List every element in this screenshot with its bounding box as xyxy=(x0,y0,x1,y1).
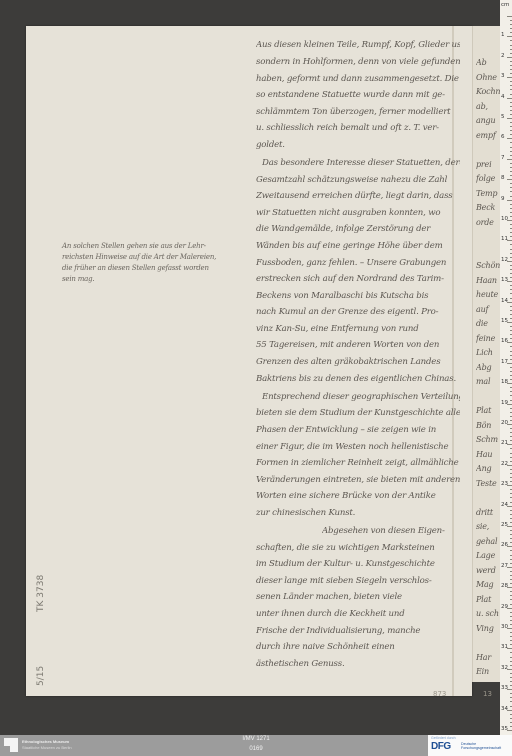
footer-bar: Ethnologisches Museum Staatliche Museen … xyxy=(0,735,512,756)
facing-page-fragment: Kochn xyxy=(476,87,500,96)
facing-page-fragment: u. sch xyxy=(476,609,500,618)
text-line: ästhetischen Genuss. xyxy=(256,659,460,669)
facing-page-fragment: auf xyxy=(476,305,500,314)
facing-page-fragment: dritt xyxy=(476,508,500,517)
text-line: Formen in ziemlicher Reinheit zeigt, all… xyxy=(256,458,460,468)
facing-page-fragment: Lich xyxy=(476,348,500,357)
ruler-tick xyxy=(507,138,512,139)
facing-page-fragment: mal xyxy=(476,377,500,386)
ruler-label: 5 xyxy=(501,114,505,120)
text-line: vinz Kan-Su, eine Entfernung von rund xyxy=(256,324,460,334)
facing-page-fragment: die xyxy=(476,319,500,328)
facing-page-fragment: Hau xyxy=(476,450,500,459)
year-pencil-mark: 5/15 xyxy=(36,666,46,686)
ruler-label: 24 xyxy=(501,502,508,508)
text-line: Fussboden, ganz fehlen. – Unsere Grabung… xyxy=(256,258,460,268)
text-line: die Wandgemälde, infolge Zerstörung der xyxy=(256,224,460,234)
ruler-label: 31 xyxy=(501,644,508,650)
text-line: Entsprechend dieser geographischen Verte… xyxy=(262,392,460,402)
text-line: so entstandene Statuette wurde dann mit … xyxy=(256,90,460,100)
ruler-label: 16 xyxy=(501,338,508,344)
ruler-label: 2 xyxy=(501,53,505,59)
ruler-label: 30 xyxy=(501,624,508,630)
text-line: sondern in Hohlformen, denn von viele ge… xyxy=(256,57,460,67)
text-line: Aus diesen kleinen Teile, Rumpf, Kopf, G… xyxy=(256,40,460,50)
facing-page-fragment: Beck xyxy=(476,203,500,212)
facing-page-fragment: Ohne xyxy=(476,73,500,82)
text-line: nach Kumul an der Grenze des eigentl. Pr… xyxy=(256,307,460,317)
facing-page-fragment: Teste xyxy=(476,479,500,488)
page-number-right: 13 xyxy=(483,690,492,698)
ruler-label: 32 xyxy=(501,665,508,671)
ruler-label: 15 xyxy=(501,318,508,324)
ruler-label: 25 xyxy=(501,522,508,528)
measurement-ruler: cm12345678910111213141516171819202122232… xyxy=(500,0,512,735)
text-line: bieten sie dem Studium der Kunstgeschich… xyxy=(256,408,460,418)
text-line: schaften, die sie zu wichtigen Markstein… xyxy=(256,543,460,553)
ruler-label: 19 xyxy=(501,400,508,406)
ruler-label: 20 xyxy=(501,420,508,426)
text-line: wir Statuetten nicht ausgraben konnten, … xyxy=(256,208,460,218)
ruler-tick xyxy=(507,200,512,201)
text-line: Zweitausend erreichen dürfte, liegt dari… xyxy=(256,191,460,201)
text-line: dieser lange mit sieben Siegeln verschlo… xyxy=(256,576,460,586)
facing-page-fragment: Ving xyxy=(476,624,500,633)
text-line: Grenzen des alten gräkobaktrischen Lande… xyxy=(256,357,460,367)
facing-page-fragment: prei xyxy=(476,160,500,169)
ruler-label: 26 xyxy=(501,542,508,548)
facing-page-fragment: werd xyxy=(476,566,500,575)
ruler-tick xyxy=(507,36,512,37)
ruler-label: 13 xyxy=(501,277,508,283)
text-line: zur chinesischen Kunst. xyxy=(256,508,460,518)
ruler-label: 27 xyxy=(501,563,508,569)
inventory-pencil-mark: TK 3738 xyxy=(36,575,46,612)
text-line: erstrecken sich auf den Nordrand des Tar… xyxy=(256,274,460,284)
facing-page-fragment: Plat xyxy=(476,595,500,604)
ruler-label: 23 xyxy=(501,481,508,487)
ruler-unit: cm xyxy=(501,2,509,8)
ruler-label: 22 xyxy=(501,461,508,467)
text-line: Das besondere Interesse dieser Statuette… xyxy=(262,158,460,168)
ruler-tick xyxy=(507,179,512,180)
facing-page-fragment: heute xyxy=(476,290,500,299)
ruler-label: 35 xyxy=(501,726,508,732)
facing-page-fragment: Schön xyxy=(476,261,500,270)
margin-note-line: die früher an diesen Stellen gefasst wor… xyxy=(62,264,209,272)
facing-page-fragment: Har xyxy=(476,653,500,662)
facing-page-fragment: Lage xyxy=(476,551,500,560)
facing-page-fragment: Ein xyxy=(476,667,500,676)
facing-page-fragment: Temp xyxy=(476,189,500,198)
text-line: Abgesehen von diesen Eigen- xyxy=(322,526,460,536)
text-line: u. schliesslich reich bemalt und oft z. … xyxy=(256,123,460,133)
ruler-label: 14 xyxy=(501,298,508,304)
ruler-label: 6 xyxy=(501,134,505,140)
text-line: schlämmtem Ton überzogen, ferner modelli… xyxy=(256,107,460,117)
ruler-label: 12 xyxy=(501,257,508,263)
text-line: Baktriens bis zu denen des eigentlichen … xyxy=(256,374,460,384)
facing-page-fragment: gehal xyxy=(476,537,500,546)
dfg-logo: Gefördert durch DFG Deutsche Forschungsg… xyxy=(428,735,512,756)
facing-page-fragment: orde xyxy=(476,218,500,227)
text-line: Worten eine sichere Brücke von der Antik… xyxy=(256,491,460,501)
facing-page-fragment: ab, xyxy=(476,102,500,111)
dfg-mark: DFG xyxy=(431,741,451,752)
margin-note-line: sein mag. xyxy=(62,275,94,283)
ruler-label: 9 xyxy=(501,196,505,202)
text-line: einer Figur, die im Westen noch hellenis… xyxy=(256,442,460,452)
facing-page-fragment: Schm xyxy=(476,435,500,444)
text-line: senen Länder machen, bieten viele xyxy=(256,592,460,602)
ruler-label: 18 xyxy=(501,379,508,385)
ruler-label: 28 xyxy=(501,583,508,589)
text-line: durch ihre naive Schönheit einen xyxy=(256,642,460,652)
facing-page-fragment: angu xyxy=(476,116,500,125)
ruler-label: 21 xyxy=(501,440,508,446)
ruler-label: 7 xyxy=(501,155,505,161)
facing-page-fragment: Ang xyxy=(476,464,500,473)
facing-page-fragment: feine xyxy=(476,334,500,343)
ruler-tick xyxy=(507,118,512,119)
facing-page-fragment: Ab xyxy=(476,58,500,67)
ruler-label: 8 xyxy=(501,175,505,181)
funder-name: Deutsche Forschungsgemeinschaft xyxy=(461,742,501,750)
margin-note-line: An solchen Stellen gehen sie aus der Leh… xyxy=(62,242,206,250)
text-line: haben, geformt und dann zusammengesetzt.… xyxy=(256,74,460,84)
facing-page-fragment: Plat xyxy=(476,406,500,415)
text-line: Veränderungen eintreten, sie bieten mit … xyxy=(256,475,460,485)
ruler-label: 4 xyxy=(501,94,505,100)
text-line: Beckens von Maralbaschi bis Kutscha bis xyxy=(256,291,460,301)
text-line: Frische der Individualisierung, manche xyxy=(256,626,460,636)
page-number-left: 873 xyxy=(433,690,446,698)
facing-page-fragment: Bön xyxy=(476,421,500,430)
ruler-label: 1 xyxy=(501,32,505,38)
ruler-tick xyxy=(507,77,512,78)
text-line: 55 Tagereisen, mit anderen Worten von de… xyxy=(256,340,460,350)
facing-page-fragment: folge xyxy=(476,174,500,183)
ruler-label: 34 xyxy=(501,706,508,712)
ruler-tick xyxy=(507,16,512,17)
text-line: im Studium der Kultur- u. Kunstgeschicht… xyxy=(256,559,460,569)
scan-background: Aus diesen kleinen Teile, Rumpf, Kopf, G… xyxy=(0,0,512,735)
ruler-tick xyxy=(507,159,512,160)
ruler-label: 11 xyxy=(501,236,508,242)
facing-page-fragment: Haan xyxy=(476,276,500,285)
ruler-label: 17 xyxy=(501,359,508,365)
ruler-tick xyxy=(507,57,512,58)
ruler-label: 29 xyxy=(501,604,508,610)
ruler-label: 10 xyxy=(501,216,508,222)
facing-page-fragment: sie, xyxy=(476,522,500,531)
funder-label: Gefördert durch xyxy=(431,736,456,740)
text-line: Wänden bis auf eine geringe Höhe über de… xyxy=(256,241,460,251)
margin-note-line: reichsten Hinweise auf die Art der Maler… xyxy=(62,253,216,261)
ruler-label: 3 xyxy=(501,73,505,79)
facing-page-fragment: empf xyxy=(476,131,500,140)
facing-page-fragment: Mag xyxy=(476,580,500,589)
text-line: Phasen der Entwicklung – sie zeigen wie … xyxy=(256,425,460,435)
ruler-tick xyxy=(507,98,512,99)
text-line: goldet. xyxy=(256,140,460,150)
text-line: Gesamtzahl schätzungsweise nahezu die Za… xyxy=(256,175,460,185)
text-line: unter ihnen durch die Keckheit und xyxy=(256,609,460,619)
ruler-label: 33 xyxy=(501,685,508,691)
facing-page-fragment: Abg xyxy=(476,363,500,372)
